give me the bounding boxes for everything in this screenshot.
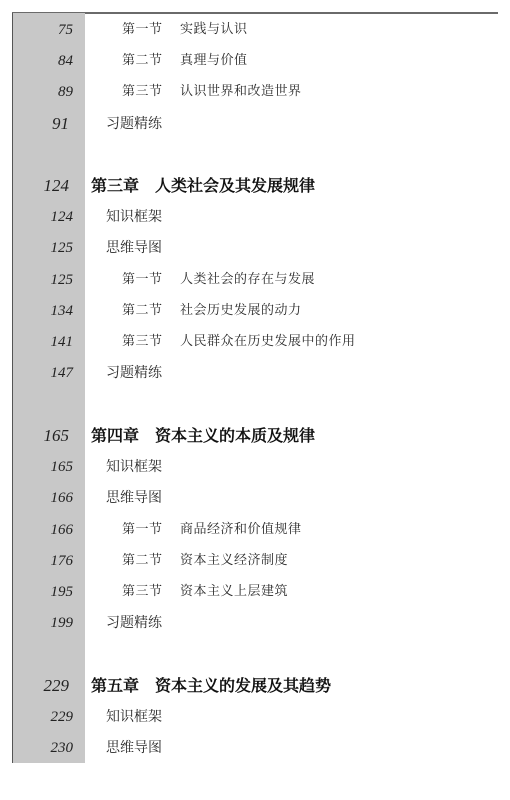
toc-row-item[interactable]: 230 思维导图 <box>0 733 510 763</box>
toc-row-item[interactable]: 199 习题精练 <box>0 608 510 638</box>
toc-row-item[interactable]: 229 知识框架 <box>0 702 510 732</box>
page-number: 165 <box>44 421 70 451</box>
section-title: 认识世界和改造世界 <box>180 84 302 99</box>
section-label: 第三节 <box>122 577 180 607</box>
toc-row-section[interactable]: 166 第一节商品经济和价值规律 <box>0 515 510 545</box>
page-number: 166 <box>51 515 74 545</box>
section-label: 第一节 <box>122 515 180 545</box>
section-title: 资本主义上层建筑 <box>180 584 288 599</box>
chapter-label: 第四章 <box>91 421 139 451</box>
page-number: 165 <box>51 452 74 482</box>
toc-row-item[interactable]: 166 思维导图 <box>0 483 510 513</box>
section-title: 资本主义经济制度 <box>180 553 288 568</box>
section-label: 第一节 <box>122 265 180 295</box>
section-label: 第三节 <box>122 77 180 107</box>
page-number: 91 <box>52 109 69 139</box>
page-number: 75 <box>58 15 73 45</box>
toc-row-item[interactable]: 124 知识框架 <box>0 202 510 232</box>
toc-row-item[interactable]: 125 思维导图 <box>0 233 510 263</box>
table-of-contents-page: 75 第一节实践与认识 84 第二节真理与价值 89 第三节认识世界和改造世界 … <box>0 0 510 800</box>
item-title: 知识框架 <box>106 702 162 732</box>
page-number: 195 <box>51 577 74 607</box>
section-label: 第二节 <box>122 296 180 326</box>
toc-row-section[interactable]: 89 第三节认识世界和改造世界 <box>0 77 510 107</box>
item-title: 思维导图 <box>106 483 162 513</box>
section-title: 人民群众在历史发展中的作用 <box>180 334 356 349</box>
section-label: 第二节 <box>122 46 180 76</box>
toc-row-section[interactable]: 176 第二节资本主义经济制度 <box>0 546 510 576</box>
page-number: 125 <box>51 233 74 263</box>
chapter-label: 第三章 <box>91 171 139 201</box>
section-title: 实践与认识 <box>180 22 248 37</box>
page-number: 229 <box>51 702 74 732</box>
page-number: 176 <box>51 546 74 576</box>
toc-row-chapter[interactable]: 124 第三章人类社会及其发展规律 <box>0 171 510 201</box>
toc-row-item[interactable]: 147 习题精练 <box>0 358 510 388</box>
page-number: 199 <box>51 608 74 638</box>
toc-row-section[interactable]: 125 第一节人类社会的存在与发展 <box>0 265 510 295</box>
section-label: 第三节 <box>122 327 180 357</box>
page-number: 230 <box>51 733 74 763</box>
item-title: 习题精练 <box>106 109 162 139</box>
section-title: 社会历史发展的动力 <box>180 303 302 318</box>
toc-row-section[interactable]: 75 第一节实践与认识 <box>0 15 510 45</box>
chapter-label: 第五章 <box>91 671 139 701</box>
page-number: 89 <box>58 77 73 107</box>
toc-row-item[interactable]: 165 知识框架 <box>0 452 510 482</box>
toc-row-chapter[interactable]: 165 第四章资本主义的本质及规律 <box>0 421 510 451</box>
page-number: 124 <box>44 171 70 201</box>
item-title: 思维导图 <box>106 233 162 263</box>
toc-row-section[interactable]: 84 第二节真理与价值 <box>0 46 510 76</box>
page-number: 124 <box>51 202 74 232</box>
page-number: 147 <box>51 358 74 388</box>
section-label: 第二节 <box>122 546 180 576</box>
item-title: 习题精练 <box>106 608 162 638</box>
toc-row-item[interactable]: 91 习题精练 <box>0 109 510 139</box>
item-title: 知识框架 <box>106 202 162 232</box>
page-number: 84 <box>58 46 73 76</box>
chapter-title: 资本主义的发展及其趋势 <box>155 676 331 695</box>
page-number: 166 <box>51 483 74 513</box>
toc-row-section[interactable]: 134 第二节社会历史发展的动力 <box>0 296 510 326</box>
toc-row-section[interactable]: 195 第三节资本主义上层建筑 <box>0 577 510 607</box>
chapter-title: 资本主义的本质及规律 <box>155 426 315 445</box>
page-number: 134 <box>51 296 74 326</box>
section-label: 第一节 <box>122 15 180 45</box>
section-title: 商品经济和价值规律 <box>180 522 302 537</box>
item-title: 知识框架 <box>106 452 162 482</box>
page-number: 125 <box>51 265 74 295</box>
page-number: 229 <box>44 671 70 701</box>
page-number: 141 <box>51 327 74 357</box>
section-title: 人类社会的存在与发展 <box>180 272 315 287</box>
item-title: 习题精练 <box>106 358 162 388</box>
chapter-title: 人类社会及其发展规律 <box>155 176 315 195</box>
toc-row-chapter[interactable]: 229 第五章资本主义的发展及其趋势 <box>0 671 510 701</box>
toc-row-section[interactable]: 141 第三节人民群众在历史发展中的作用 <box>0 327 510 357</box>
section-title: 真理与价值 <box>180 53 248 68</box>
item-title: 思维导图 <box>106 733 162 763</box>
